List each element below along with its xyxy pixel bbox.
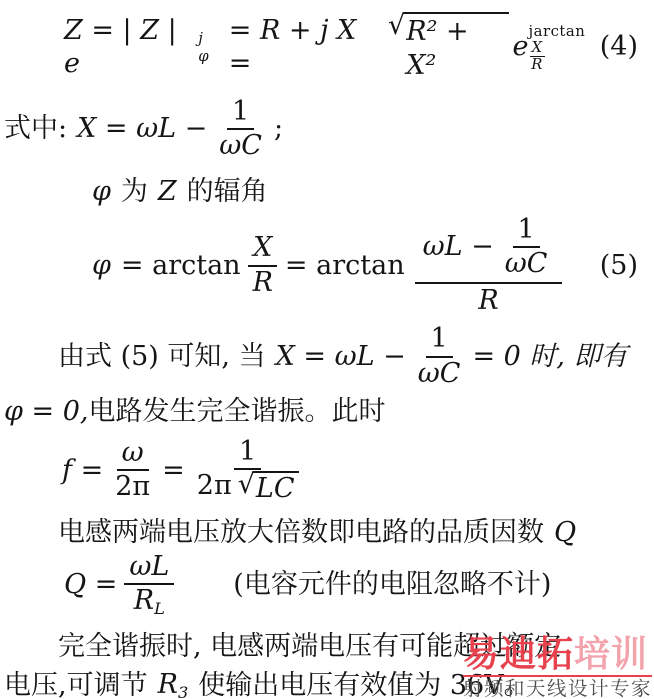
eq4-lhs: Z = | Z | e [64,14,198,82]
r3-symbol: R3 [158,668,189,699]
eq5-f1-num: X [248,233,277,266]
equation-5: φ = arctan X R = arctan ωL − 1 ωC R (5) [0,215,654,317]
eq4-radical: √ R² + X² [388,12,509,83]
eq4-radicand: R² + X² [403,12,508,83]
watermark-brand-strong: 易迪拓 [463,637,574,673]
equation-4: Z = | Z | ej φ = R + j X = √ R² + X² eja… [0,0,654,83]
z-symbol: Z [158,175,177,209]
eq5-nested-fraction: 1 ωC [500,215,553,279]
equation-frequency: f = ω 2π = 1 2π √ LC [0,437,654,504]
document-page: Z = | Z | ej φ = R + j X = √ R² + X² eja… [0,0,654,699]
eqq-note: (电容元件的电阻忽略不计) [233,568,551,602]
eqf-f2-num: 1 [234,437,261,470]
where-frac-den: ωC [214,130,267,161]
p4-line2-start: 电压,可调节 [4,669,148,699]
eq5-arctan-1: = arctan [121,249,241,283]
eqq-fraction: ωL RL [124,552,174,618]
eq4-euler-e: e [513,30,529,64]
p1-equals-zero: = 0 时, 即有 [472,340,627,374]
eq5-nested-num: 1 [513,215,540,248]
eqq-den: RL [129,585,170,618]
eq5-fraction-xr: X R [248,233,278,297]
equation-4-number: (4) [600,30,648,64]
watermark-brand-light: 培训 [574,637,648,673]
phi-text-1: 为 [121,175,148,209]
p2-math: φ = 0, [4,395,88,429]
watermark-brand: 易迪拓 培训 [463,637,652,673]
where-expression: X = ωL − [77,112,207,146]
eqf-den-2pi: 2π [197,471,232,501]
p1-frac-den: ωC [413,358,466,389]
phi-symbol: φ [92,175,111,209]
eq5-big-fraction: ωL − 1 ωC R [415,215,563,317]
eqq-den-subscript: L [154,599,165,618]
eq4-exp-den: R [531,57,543,73]
p1-text-1: 由式 (5) 可知, 当 [58,340,266,374]
phi-text-2: 的辐角 [187,175,268,209]
eqf-f1-num: ω [117,438,149,471]
where-clause-line: 式中: X = ωL − 1 ωC ; [0,97,654,161]
eqq-den-base: R [134,585,154,616]
paragraph-phi-zero: φ = 0, 电路发生完全谐振。此时 [0,395,654,429]
eq5-f1-den: R [248,267,278,298]
eqf-fraction-2: 1 2π √ LC [192,437,304,504]
eqf-radicand: LC [253,471,299,504]
where-semicolon: ; [274,112,283,146]
p1-fraction: 1 ωC [413,324,466,388]
where-fraction: 1 ωC [214,97,267,161]
eq4-exponent-jphi: j φ [198,29,219,66]
equation-q-factor: Q = ωL RL (电容元件的电阻忽略不计) [0,552,654,618]
eqf-equals: = [162,454,185,488]
watermark: 易迪拓 培训 射频和天线设计专家 [463,637,652,699]
phi-definition-line: φ 为 Z 的辐角 [0,175,654,209]
eq5-big-num: ωL − 1 ωC [415,215,563,284]
eqq-lhs: Q = [64,568,117,602]
r3-subscript: 3 [178,683,188,699]
p1-frac-num: 1 [426,324,453,357]
eqf-lhs: f = [62,454,103,488]
eq4-exponent-arctan: jarctanXR [529,22,600,73]
eqq-num: ωL [124,552,174,585]
r3-base: R [158,669,178,699]
p3-q-symbol: Q [554,516,576,550]
eq4-arctan-label: jarctan [529,22,586,40]
p3-text: 电感两端电压放大倍数即电路的品质因数 [58,516,544,550]
eq5-phi: φ [92,249,111,283]
paragraph-resonance-condition: 由式 (5) 可知, 当 X = ωL − 1 ωC = 0 时, 即有 [0,324,654,388]
paragraph-quality-factor: 电感两端电压放大倍数即电路的品质因数 Q [0,516,654,550]
eqf-fraction-1: ω 2π [110,438,155,502]
equation-5-number: (5) [600,249,648,283]
where-frac-num: 1 [227,97,254,130]
p2-text: 电路发生完全谐振。此时 [88,395,385,429]
eq4-exponent-fraction: XR [530,40,545,72]
watermark-tagline: 射频和天线设计专家 [463,679,652,699]
p1-expression: X = ωL − [276,340,406,374]
eq5-num-pre: ωL − [423,232,494,262]
eqf-f1-den: 2π [110,471,155,502]
where-label: 式中: [4,112,67,146]
eq5-nested-den: ωC [500,248,553,279]
eqf-f2-den: 2π √ LC [192,470,304,504]
eq5-arctan-2: = arctan [285,249,405,283]
eq5-big-den: R [470,284,506,316]
eq4-mid: = R + j X = [229,14,384,82]
eqf-radical: √ LC [238,471,299,504]
